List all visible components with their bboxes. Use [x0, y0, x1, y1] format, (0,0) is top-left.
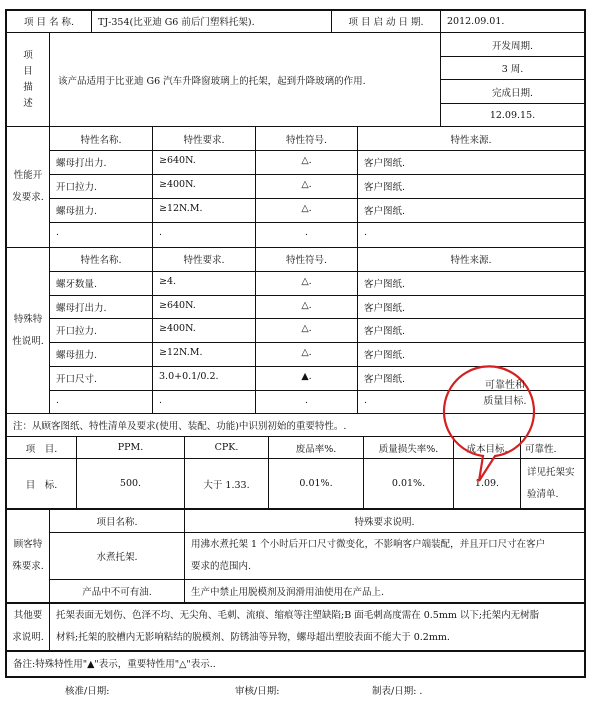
performance-table-cell: 螺母扭力. — [50, 199, 152, 222]
targets-header-cell: 质量损失率%. — [364, 437, 453, 458]
performance-table-cell: 螺母打出力. — [50, 151, 152, 174]
performance-table-cell: △. — [256, 151, 357, 174]
performance-section-label: 性能开 发要求. — [7, 127, 49, 247]
targets-reliability-line: 详见托架实 — [527, 462, 575, 484]
callout-line2: 质量目标. — [470, 394, 540, 410]
targets-reliability-cell: 详见托架实验清单. — [521, 459, 584, 508]
targets-value-cell: 500. — [77, 459, 184, 508]
performance-label-line2: 发要求. — [12, 187, 44, 209]
performance-table-cell: △. — [256, 199, 357, 222]
special-table-cell: 螺母打出力. — [50, 296, 152, 318]
performance-table-cell: . — [358, 223, 584, 246]
targets-header-cell: 可靠性. — [521, 437, 583, 458]
special-table-cell: 客户图纸. — [358, 296, 584, 318]
project-name-value: TJ-354(比亚迪 G6 前后门塑料托架). — [92, 10, 331, 32]
special-table-cell: 开口尺寸. — [50, 367, 152, 389]
performance-table-cell: . — [153, 223, 255, 246]
performance-table-cell: 客户图纸. — [358, 151, 584, 174]
prepare-signature-label: 制表/日期: . — [372, 683, 422, 697]
performance-label-line1: 性能开 — [14, 165, 43, 187]
customer-row-desc-line1: 用沸水煮托架 1 个小时后开口尺寸微变化，不影响客户端装配，并且开口尺寸在客户 — [191, 534, 545, 556]
special-header-cell: 特性符号. — [256, 248, 357, 270]
review-signature-label: 审核/日期: — [235, 683, 279, 697]
performance-header-cell: 特性要求. — [153, 127, 255, 150]
completion-date-value: 12.09.15. — [441, 104, 584, 126]
special-header-cell: 特性名称. — [50, 248, 152, 270]
description-label: 项目描述 — [7, 33, 49, 126]
special-table-cell: . — [256, 391, 357, 413]
frame-right — [584, 9, 586, 677]
completion-date-label: 完成日期. — [441, 80, 584, 103]
special-table-cell: ≥400N. — [153, 319, 255, 341]
targets-value-cell: 大于 1.33. — [185, 459, 268, 508]
special-table-cell: . — [50, 391, 152, 413]
performance-table-cell: . — [256, 223, 357, 246]
special-header-cell: 特性要求. — [153, 248, 255, 270]
description-label-char: 述 — [23, 96, 33, 112]
special-table-cell: ≥4. — [153, 272, 255, 294]
description-label-char: 目 — [23, 64, 33, 80]
targets-header-cell: PPM. — [77, 437, 184, 458]
special-table-cell: 螺牙数量. — [50, 272, 152, 294]
approve-signature-label: 核准/日期: — [65, 683, 109, 697]
project-name-label: 项 目 名 称. — [7, 10, 91, 32]
targets-value-cell: 1.09. — [454, 459, 520, 508]
callout-line1: 可靠性和 — [470, 378, 540, 394]
customer-row-name: 水煮托架. — [50, 533, 184, 579]
customer-header-name: 项目名称. — [50, 510, 184, 532]
performance-header-cell: 特性来源. — [358, 127, 584, 150]
special-section-label: 特殊特 性说明. — [7, 248, 49, 413]
targets-header-cell: 废品率%. — [269, 437, 363, 458]
special-table-cell: 客户图纸. — [358, 272, 584, 294]
performance-table-cell: ≥640N. — [153, 151, 255, 174]
targets-header-cell: CPK. — [185, 437, 268, 458]
special-table-cell: ≥640N. — [153, 296, 255, 318]
special-table-cell: △. — [256, 296, 357, 318]
targets-row-label: 目 标. — [7, 459, 76, 508]
frame-bottom — [5, 676, 586, 678]
special-table-cell: 3.0+0.1/0.2. — [153, 367, 255, 389]
special-table-cell: ▲. — [256, 367, 357, 389]
special-table-cell: 螺母扭力. — [50, 343, 152, 365]
targets-header-cell: 项 目. — [7, 437, 76, 458]
performance-table-cell: 客户图纸. — [358, 199, 584, 222]
customer-section-label: 顾客特 殊要求. — [7, 510, 49, 602]
dev-cycle-label: 开发周期. — [441, 33, 584, 56]
special-table-cell: . — [153, 391, 255, 413]
special-table-cell: 开口拉力. — [50, 319, 152, 341]
customer-row-desc-line2: 要求的范围内. — [191, 556, 251, 578]
other-section-label: 其他要 求说明. — [7, 604, 49, 650]
special-label-line2: 性说明. — [12, 331, 44, 353]
targets-value-cell: 0.01%. — [269, 459, 363, 508]
performance-table-cell: ≥12N.M. — [153, 199, 255, 222]
performance-header-cell: 特性符号. — [256, 127, 357, 150]
dev-cycle-value: 3 周. — [441, 57, 584, 79]
callout-text: 可靠性和 质量目标. — [470, 378, 540, 410]
targets-header-cell: 成本目标. — [454, 437, 520, 458]
description-label-char: 描 — [23, 80, 33, 96]
special-label-line1: 特殊特 — [14, 309, 43, 331]
other-requirements-text: 托架表面无划伤、色泽不均、无尖角、毛刺、流痕、缩痕等注塑缺陷;B 面毛刺高度需在… — [50, 604, 584, 650]
customer-row-desc: 用沸水煮托架 1 个小时后开口尺寸微变化，不影响客户端装配，并且开口尺寸在客户 … — [185, 533, 584, 579]
special-header-cell: 特性来源. — [358, 248, 584, 270]
start-date-label: 项 目 启 动 日 期. — [332, 10, 440, 32]
customer-row-desc: 生产中禁止用脱模剂及润滑用油使用在产品上. — [185, 580, 584, 602]
special-table-cell: △. — [256, 343, 357, 365]
other-line2: 材料;托架的胶槽内无影响粘结的脱模剂、防锈油等异物，螺母超出塑胶表面不能大于 0… — [56, 627, 450, 649]
other-label-line1: 其他要 — [14, 605, 43, 627]
performance-table-cell: 客户图纸. — [358, 175, 584, 198]
performance-header-cell: 特性名称. — [50, 127, 152, 150]
customer-row-name: 产品中不可有油. — [50, 580, 184, 602]
performance-table-cell: △. — [256, 175, 357, 198]
remark-text: 备注:特殊特性用"▲"表示，重要特性用"△"表示.. — [7, 652, 584, 676]
customer-header-desc: 特殊要求说明. — [185, 510, 584, 532]
special-table-cell: △. — [256, 272, 357, 294]
targets-value-cell: 0.01%. — [364, 459, 453, 508]
customer-label-line2: 殊要求. — [12, 556, 44, 578]
other-label-line2: 求说明. — [12, 627, 44, 649]
special-table-cell: 客户图纸. — [358, 343, 584, 365]
performance-table-cell: 开口拉力. — [50, 175, 152, 198]
special-table-cell: 客户图纸. — [358, 319, 584, 341]
targets-reliability-line: 验清单. — [527, 484, 559, 506]
performance-table-cell: ≥400N. — [153, 175, 255, 198]
start-date-value: 2012.09.01. — [441, 10, 584, 32]
special-table-cell: ≥12N.M. — [153, 343, 255, 365]
description-label-char: 项 — [23, 48, 33, 64]
customer-label-line1: 顾客特 — [14, 534, 43, 556]
note-text: 注：从顾客图纸、特性清单及要求(使用、装配、功能)中识别初始的重要特性。. — [7, 414, 584, 436]
special-table-cell: △. — [256, 319, 357, 341]
performance-table-cell: . — [50, 223, 152, 246]
description-text: 该产品适用于比亚迪 G6 汽车升降窗玻璃上的托架，起到升降玻璃的作用. — [50, 33, 440, 126]
other-line1: 托架表面无划伤、色泽不均、无尖角、毛刺、流痕、缩痕等注塑缺陷;B 面毛刺高度需在… — [56, 605, 539, 627]
